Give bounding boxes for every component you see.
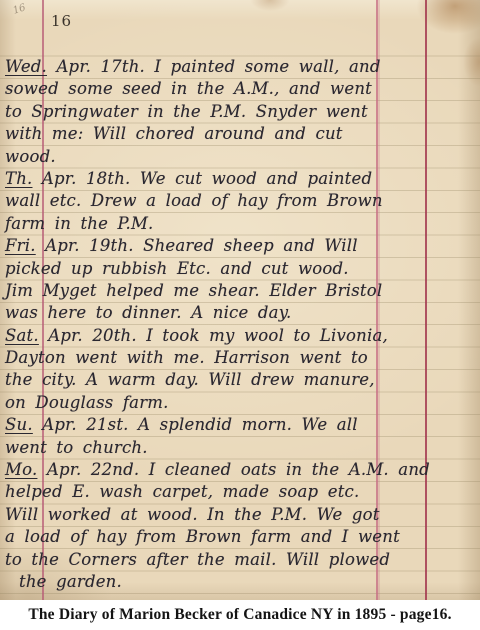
diary-entry: Mo. Apr. 22nd. I cleaned oats in the A.M… <box>5 459 465 593</box>
diary-entries: Wed. Apr. 17th. I painted some wall, and… <box>5 56 465 593</box>
diary-line: Mo. Apr. 22nd. I cleaned oats in the A.M… <box>5 459 465 481</box>
diary-entry: Su. Apr. 21st. A splendid morn. We allwe… <box>5 414 465 459</box>
diary-line: Wed. Apr. 17th. I painted some wall, and <box>5 56 465 78</box>
diary-line: helped E. wash carpet, made soap etc. <box>5 481 465 503</box>
diary-line: Su. Apr. 21st. A splendid morn. We all <box>5 414 465 436</box>
page-number: 16 <box>51 12 72 30</box>
diary-line: farm in the P.M. <box>5 213 465 235</box>
diary-line: Th. Apr. 18th. We cut wood and painted <box>5 168 465 190</box>
diary-line: Dayton went with me. Harrison went to <box>5 347 465 369</box>
diary-line: wood. <box>5 146 465 168</box>
diary-line: a load of hay from Brown farm and I went <box>5 526 465 548</box>
diary-line: Will worked at wood. In the P.M. We got <box>5 504 465 526</box>
diary-line: was here to dinner. A nice day. <box>5 302 465 324</box>
diary-line: sowed some seed in the A.M., and went <box>5 78 465 100</box>
caption-text: The Diary of Marion Becker of Canadice N… <box>28 606 451 624</box>
diary-line: on Douglass farm. <box>5 392 465 414</box>
diary-line: went to church. <box>5 437 465 459</box>
diary-line: to the Corners after the mail. Will plow… <box>5 549 465 571</box>
day-abbrev: Wed. <box>5 57 47 76</box>
diary-entry: Fri. Apr. 19th. Sheared sheep and Willpi… <box>5 235 465 325</box>
day-abbrev: Mo. <box>5 460 37 479</box>
diary-line: with me: Will chored around and cut <box>5 123 465 145</box>
diary-entry: Th. Apr. 18th. We cut wood and paintedwa… <box>5 168 465 235</box>
diary-line: Fri. Apr. 19th. Sheared sheep and Will <box>5 235 465 257</box>
diary-photo: 16 16 Wed. Apr. 17th. I painted some wal… <box>0 0 480 630</box>
diary-line: wall etc. Drew a load of hay from Brown <box>5 190 465 212</box>
diary-entry: Sat. Apr. 20th. I took my wool to Livoni… <box>5 325 465 415</box>
handwritten-corner-mark: 16 <box>12 2 28 16</box>
diary-line: the garden. <box>19 571 465 593</box>
day-abbrev: Fri. <box>5 236 36 255</box>
diary-line: to Springwater in the P.M. Snyder went <box>5 101 465 123</box>
caption-bar: The Diary of Marion Becker of Canadice N… <box>0 600 480 630</box>
day-abbrev: Th. <box>5 169 32 188</box>
diary-line: picked up rubbish Etc. and cut wood. <box>5 258 465 280</box>
day-abbrev: Su. <box>5 415 33 434</box>
diary-line: Sat. Apr. 20th. I took my wool to Livoni… <box>5 325 465 347</box>
diary-page: 16 16 Wed. Apr. 17th. I painted some wal… <box>0 0 480 600</box>
diary-entry: Wed. Apr. 17th. I painted some wall, and… <box>5 56 465 168</box>
diary-line: the city. A warm day. Will drew manure, <box>5 369 465 391</box>
day-abbrev: Sat. <box>5 326 39 345</box>
diary-line: Jim Myget helped me shear. Elder Bristol <box>5 280 465 302</box>
